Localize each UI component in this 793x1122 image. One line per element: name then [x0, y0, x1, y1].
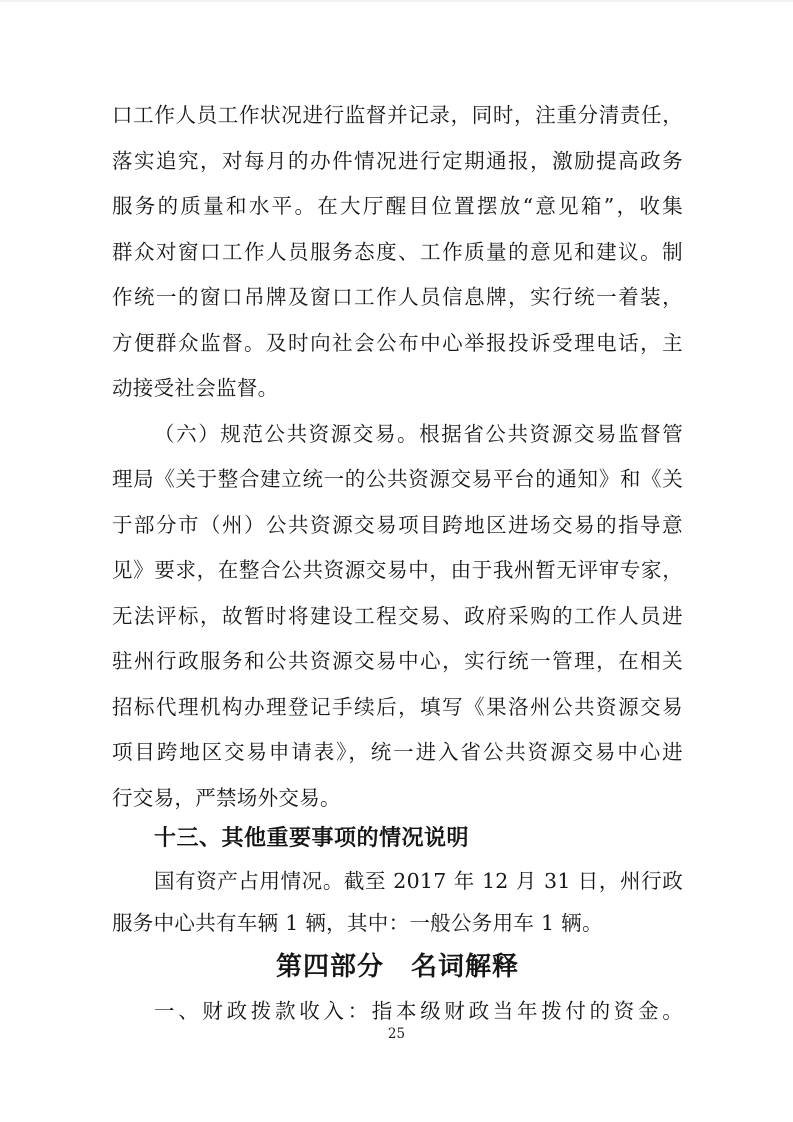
body-line: 驻州行政服务和公共资源交易中心，实行统一管理，在相关: [112, 639, 683, 685]
section-13-line: 服务中心共有车辆 1 辆，其中：一般公务用车 1 辆。: [112, 902, 683, 944]
main-text-block: 口工作人员工作状况进行监督并记录，同时，注重分清责任， 落实追究，对每月的办件情…: [112, 93, 683, 821]
part-4-heading: 第四部分 名词解释: [112, 944, 683, 990]
page-number: 25: [0, 1026, 793, 1042]
body-line: 服务的质量和水平。在大厅醒目位置摆放“意见箱”，收集: [112, 184, 683, 230]
document-page: 口工作人员工作状况进行监督并记录，同时，注重分清责任， 落实追究，对每月的办件情…: [0, 0, 793, 1122]
body-line: 动接受社会监督。: [112, 366, 683, 412]
body-line: 行交易，严禁场外交易。: [112, 776, 683, 822]
section-13-line: 国有资产占用情况。截至 2017 年 12 月 31 日，州行政: [112, 860, 683, 902]
closing-text-block: 十三、其他重要事项的情况说明 国有资产占用情况。截至 2017 年 12 月 3…: [112, 818, 683, 1032]
body-line: 口工作人员工作状况进行监督并记录，同时，注重分清责任，: [112, 93, 683, 139]
section-13-heading: 十三、其他重要事项的情况说明: [112, 818, 683, 860]
body-line: 群众对窗口工作人员服务态度、工作质量的意见和建议。制: [112, 230, 683, 276]
body-line: 方便群众监督。及时向社会公布中心举报投诉受理电话，主: [112, 321, 683, 367]
body-line: 无法评标，故暂时将建设工程交易、政府采购的工作人员进: [112, 594, 683, 640]
body-line: 落实追究，对每月的办件情况进行定期通报，激励提高政务: [112, 139, 683, 185]
body-line: （六）规范公共资源交易。根据省公共资源交易监督管: [112, 412, 683, 458]
body-line: 招标代理机构办理登记手续后，填写《果洛州公共资源交易: [112, 685, 683, 731]
body-line: 项目跨地区交易申请表》，统一进入省公共资源交易中心进: [112, 730, 683, 776]
body-line: 于部分市（州）公共资源交易项目跨地区进场交易的指导意: [112, 503, 683, 549]
body-line: 理局《关于整合建立统一的公共资源交易平台的通知》和《关: [112, 457, 683, 503]
body-line: 作统一的窗口吊牌及窗口工作人员信息牌，实行统一着装，: [112, 275, 683, 321]
body-line: 见》要求，在整合公共资源交易中，由于我州暂无评审专家，: [112, 548, 683, 594]
